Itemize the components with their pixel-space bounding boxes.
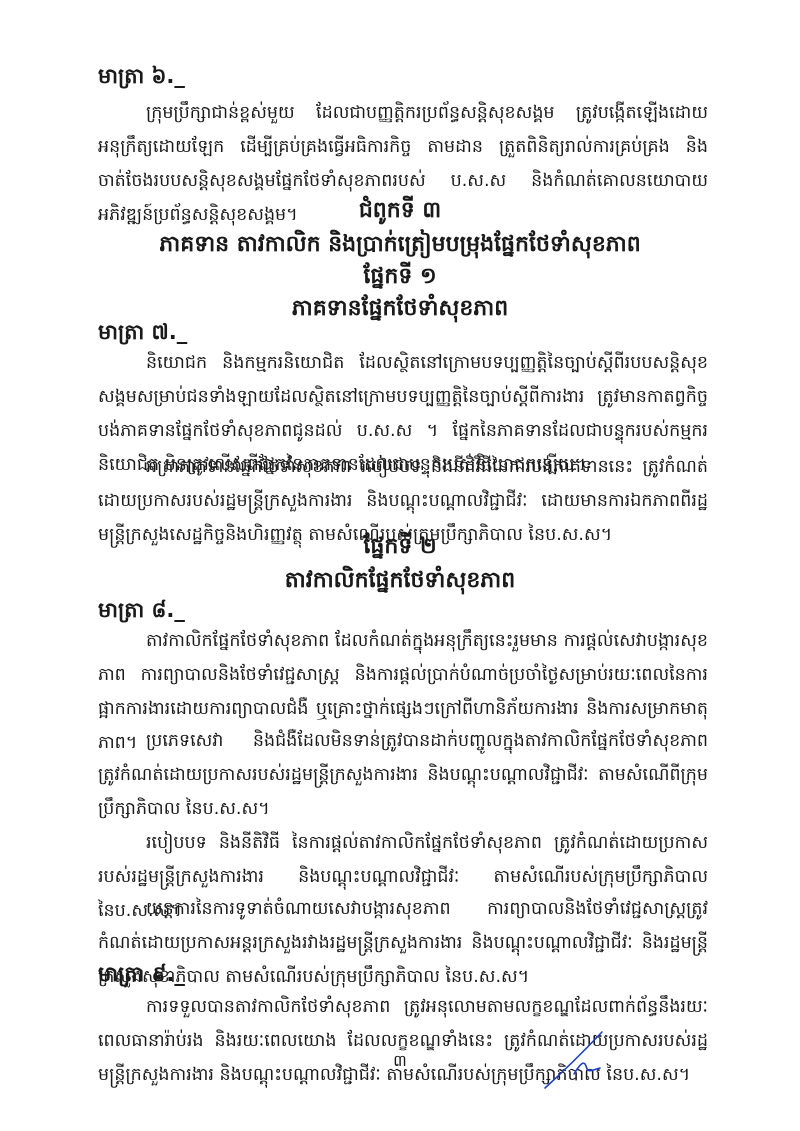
- article-8-paragraph-4: យន្តការនៃការទូទាត់ចំណាយសេវាបង្ការសុខភាព …: [98, 892, 708, 994]
- chapter-3-title: ភាគទាន តាវកាលិក និងប្រាក់ត្រៀមបម្រុងផ្នែ…: [0, 230, 800, 260]
- chapter-3-label: ជំពូកទី ៣: [0, 196, 800, 226]
- article-8-paragraph-2: ប្រភេទសេវា និងជំងឺដែលមិនទាន់ត្រូវបានដាក់…: [98, 724, 708, 826]
- article-9-title: មាត្រា ៩._: [98, 960, 185, 988]
- part-2-label: ផ្នែកទី ២: [0, 532, 800, 562]
- page-number: ៣: [0, 1050, 800, 1074]
- article-6-title: មាត្រា ៦._: [98, 62, 185, 90]
- article-7-title: មាត្រា ៧._: [98, 318, 187, 346]
- document-page: មាត្រា ៦._ ក្រុមប្រឹក្សាជាន់ខ្ពស់មួយ ដែល…: [0, 0, 800, 1131]
- article-8-title: មាត្រា ៨._: [98, 596, 185, 624]
- part-1-label: ផ្នែកទី ១: [0, 262, 800, 292]
- part-2-title: តាវកាលិកផ្នែកថែទាំសុខភាព: [0, 566, 800, 596]
